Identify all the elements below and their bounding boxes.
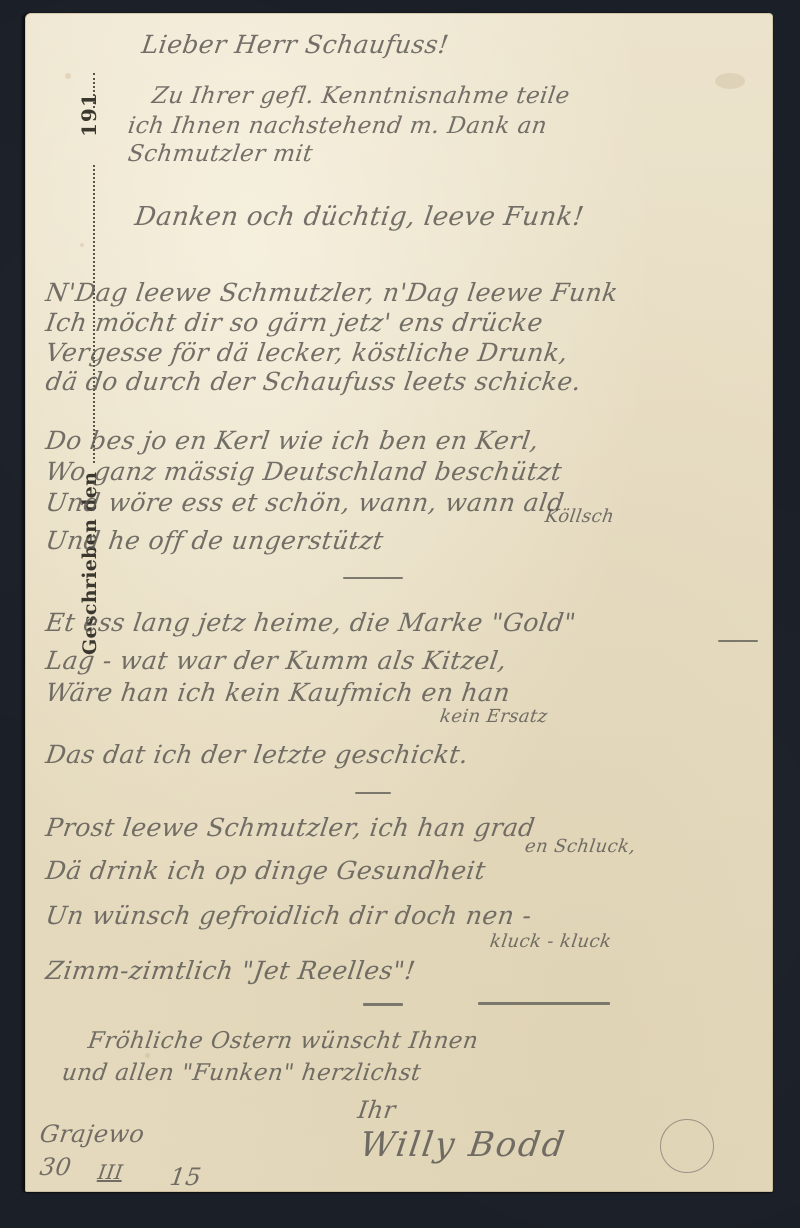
intro-line: Schmutzler mit [126, 143, 314, 166]
verse-3-line: Wäre han ich kein Kaufmich en han [44, 680, 512, 705]
dateline-place: Grajewo [38, 1122, 146, 1146]
signature: Willy Bodd [358, 1128, 569, 1162]
verse-4-line: Zimm-zimtlich "Jet Reelles"! [44, 958, 417, 983]
intro-line: ich Ihnen nachstehend m. Dank an [126, 115, 548, 138]
verse-4-insert: kluck - kluck [489, 933, 613, 951]
closing-line: Fröhliche Ostern wünscht Ihnen [86, 1030, 479, 1053]
signature-prefix: Ihr [356, 1098, 397, 1122]
verse-2-insert: Köllsch [544, 508, 616, 526]
closing-line: und allen "Funken" herzlichst [60, 1062, 422, 1085]
gold-underline [718, 640, 758, 642]
section-divider [343, 577, 403, 579]
verse-3-line: Lag - wat war der Kumm als Kitzel, [44, 648, 508, 673]
salutation: Lieber Herr Schaufuss! [140, 32, 450, 57]
section-divider [355, 792, 391, 794]
verse-3-insert: kein Ersatz [439, 708, 549, 726]
verse-2-line: Wo ganz mässig Deutschland beschützt [44, 459, 563, 484]
verse-3-line: Das dat ich der letzte geschickt. [44, 742, 470, 767]
dateline-day: 30 [38, 1155, 73, 1179]
verse-1-line: dä do durch der Schaufuss leets schicke. [44, 369, 583, 394]
verse-1-line: N'Dag leewe Schmutzler, n'Dag leewe Funk [44, 280, 619, 305]
reelles-underline [478, 1002, 610, 1005]
verse-2-line: Do bes jo en Kerl wie ich ben en Kerl, [44, 428, 540, 453]
verse-4-line: Dä drink ich op dinge Gesundheit [44, 858, 487, 883]
verse-2-line: Und wöre ess et schön, wann, wann ald [44, 490, 566, 515]
verse-4-line: Un wünsch gefroidlich dir doch nen - [44, 903, 533, 928]
dateline-year: 15 [168, 1165, 203, 1189]
verse-3-line: Et ess lang jetz heime, die Marke "Gold" [44, 610, 577, 635]
verse-4-insert: en Schluck, [524, 838, 637, 856]
jet-underline [363, 1003, 403, 1006]
intro-line: Zu Ihrer gefl. Kenntnisnahme teile [150, 85, 571, 108]
verse-4-line: Prost leewe Schmutzler, ich han grad [44, 815, 536, 840]
verse-2-line: Und he off de ungerstützt [44, 528, 385, 553]
dateline-month: III [97, 1162, 125, 1182]
verse-1-line: Ich möcht dir so gärn jetz' ens drücke [44, 310, 544, 335]
verse-1-line: Vergesse för dä lecker, köstliche Drunk, [44, 340, 569, 365]
handwritten-letter: Lieber Herr Schaufuss! Zu Ihrer gefl. Ke… [0, 0, 800, 1228]
verse-heading: Danken och düchtig, leeve Funk! [133, 204, 585, 230]
signature-circle [660, 1119, 714, 1173]
